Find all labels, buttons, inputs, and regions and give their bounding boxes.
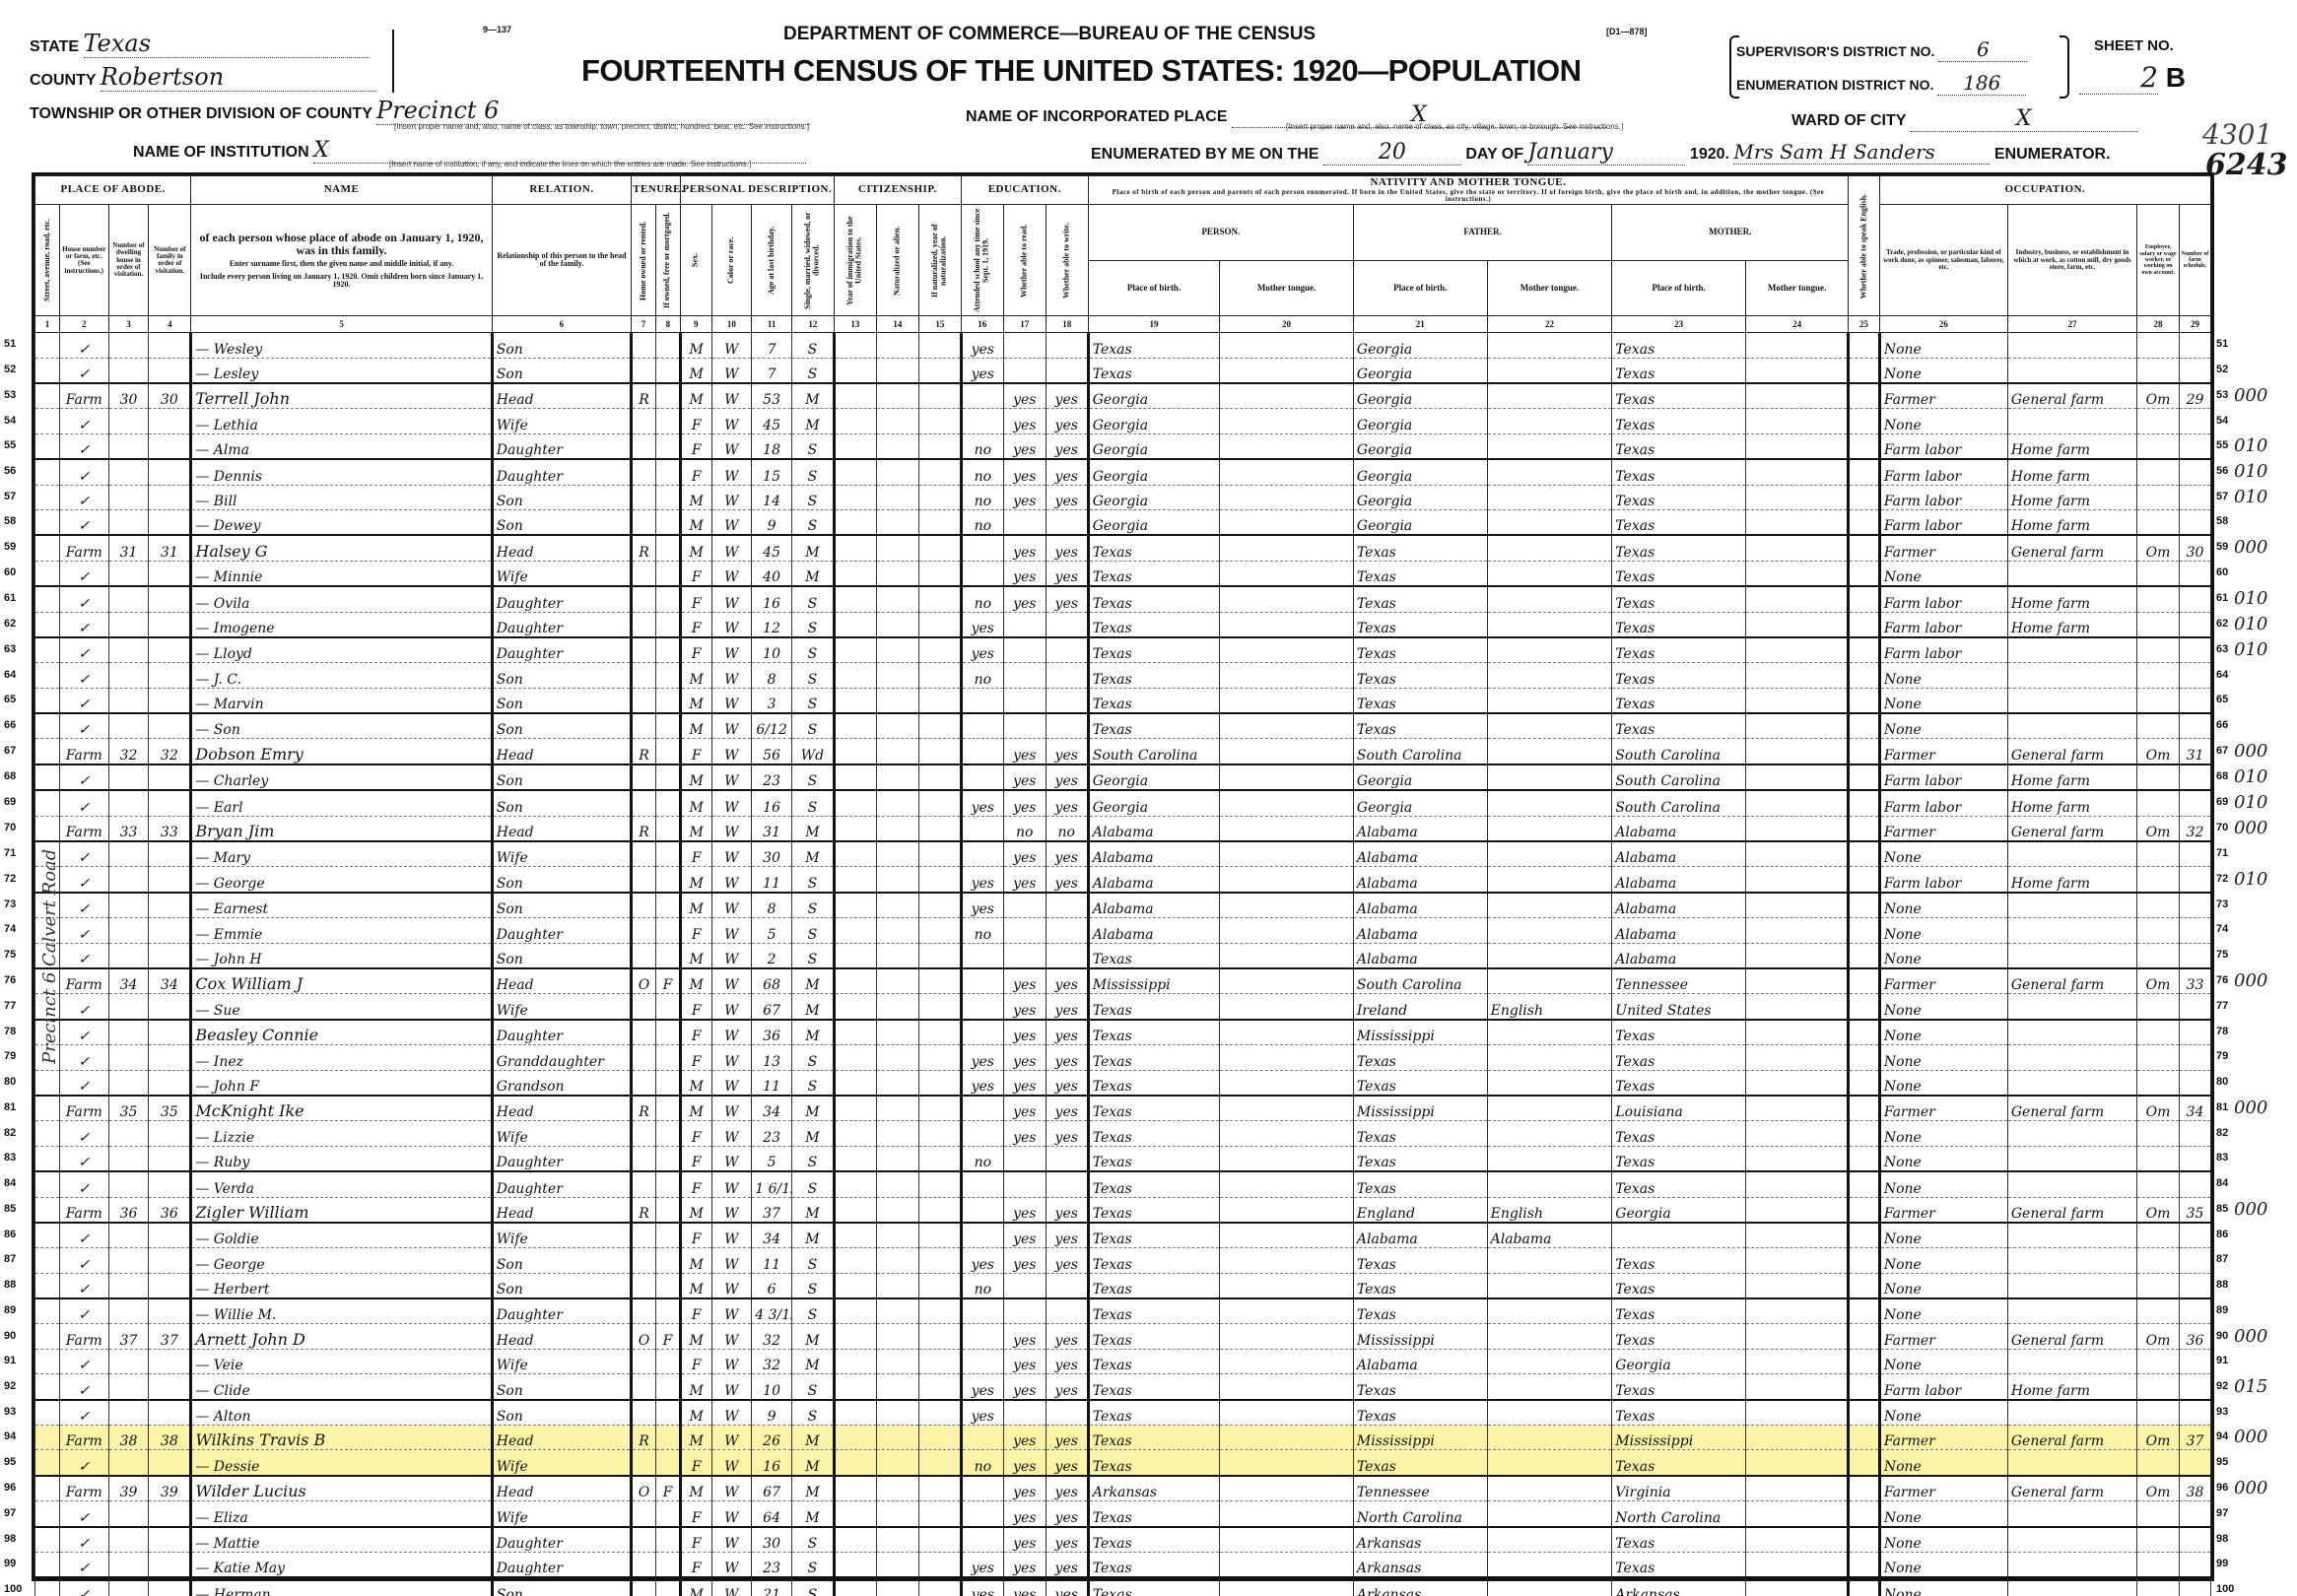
cell-mother-mtongue	[1746, 1426, 1849, 1450]
cell-birthplace: Georgia	[1088, 765, 1219, 790]
cell-father-tongue	[1487, 893, 1612, 918]
cell-sex: M	[680, 1374, 711, 1400]
cell-naturalized	[876, 383, 918, 409]
cell-mother-tongue	[1220, 1045, 1354, 1070]
cell-employer	[2137, 1070, 2180, 1096]
cell-industry	[2007, 663, 2136, 688]
cell-school	[961, 1298, 1003, 1324]
cell-mother-mtongue	[1746, 663, 1849, 688]
cell-naturalized	[876, 1374, 918, 1400]
line-number: 58	[4, 515, 16, 527]
cell-owned	[632, 1045, 656, 1070]
cell-father-tongue	[1487, 1501, 1612, 1527]
cell-mother-mtongue	[1746, 509, 1849, 535]
cell-family	[149, 1045, 191, 1070]
cell-name: — Minnie	[191, 561, 492, 586]
cell-relation: Son	[492, 893, 631, 918]
name-note-2: Include every person living on January 1…	[192, 273, 490, 290]
cell-school: no	[961, 663, 1003, 688]
cell-mother-birthplace: Texas	[1612, 1298, 1746, 1324]
cell-mother-birthplace: Texas	[1612, 1146, 1746, 1171]
occupation-code: 010	[2234, 588, 2267, 609]
cell-birthplace: Texas	[1088, 612, 1219, 637]
cell-dwelling	[108, 1146, 149, 1171]
cell-race: W	[711, 485, 752, 509]
occupation-code: 000	[2234, 1478, 2267, 1498]
cell-mother-mtongue	[1746, 383, 1849, 409]
cell-naturalized	[876, 1171, 918, 1197]
cell-industry	[2007, 1121, 2136, 1146]
cell-age: 8	[752, 893, 792, 918]
cell-mother-mtongue	[1746, 333, 1849, 358]
column-number-7: 7	[632, 316, 656, 333]
cell-industry: General farm	[2007, 1197, 2136, 1223]
cell-immigration	[834, 1527, 876, 1553]
line-number: 89	[2216, 1304, 2228, 1316]
cell-marital: M	[791, 1020, 834, 1045]
cell-speak-english	[1849, 867, 1880, 893]
cell-owned: R	[632, 1197, 656, 1223]
table-row: ✓— EarnestSonMW8SyesAlabamaAlabamaAlabam…	[35, 893, 2211, 918]
cell-immigration	[834, 1426, 876, 1450]
cell-mortgaged	[655, 1070, 680, 1096]
cell-street	[35, 485, 60, 509]
cell-naturalized-year	[918, 994, 961, 1020]
cell-relation: Son	[492, 333, 631, 358]
cell-mother-mtongue	[1746, 433, 1849, 459]
table-row: ✓— Katie MayDaughterFW23SyesyesyesTexasA…	[35, 1552, 2211, 1577]
line-number: 72	[2216, 873, 2228, 885]
cell-farm-schedule	[2180, 713, 2211, 739]
cell-write	[1046, 1146, 1088, 1171]
cell-read	[1003, 1171, 1046, 1197]
cell-school	[961, 1527, 1003, 1553]
line-number: 81	[2216, 1101, 2228, 1113]
line-number: 92	[4, 1380, 16, 1392]
cell-name: — Charley	[191, 765, 492, 790]
line-number: 53	[2216, 389, 2228, 401]
cell-immigration	[834, 358, 876, 383]
cell-sex: F	[680, 1045, 711, 1070]
cell-street	[35, 1197, 60, 1223]
cell-mother-tongue	[1220, 561, 1354, 586]
cell-read: yes	[1003, 1020, 1046, 1045]
mother-header: MOTHER.	[1612, 205, 1849, 261]
incorporated-label: NAME OF INCORPORATED PLACE	[966, 108, 1227, 125]
cell-sex: M	[680, 867, 711, 893]
cell-mother-mtongue	[1746, 358, 1849, 383]
cell-mother-tongue	[1220, 968, 1354, 994]
cell-relation: Son	[492, 509, 631, 535]
cell-mother-tongue	[1220, 943, 1354, 968]
cell-owned: R	[632, 383, 656, 409]
cell-mother-tongue	[1220, 433, 1354, 459]
cell-write	[1046, 637, 1088, 663]
cell-immigration	[834, 433, 876, 459]
cell-employer	[2137, 867, 2180, 893]
incorporated-note: [Insert proper name and, also, name of c…	[1286, 122, 1623, 131]
name-title: of each person whose place of abode on J…	[192, 232, 490, 256]
cell-employer	[2137, 790, 2180, 816]
cell-mortgaged	[655, 358, 680, 383]
cell-immigration	[834, 943, 876, 968]
cell-immigration	[834, 918, 876, 943]
cell-mother-tongue	[1220, 713, 1354, 739]
table-row: ✓— SueWifeFW67MyesyesTexasIrelandEnglish…	[35, 994, 2211, 1020]
enumerator-label: ENUMERATOR.	[1994, 146, 2111, 163]
cell-trade: None	[1879, 1248, 2007, 1273]
cell-age: 15	[752, 459, 792, 485]
cell-trade: Farmer	[1879, 1197, 2007, 1223]
cell-house: ✓	[59, 1020, 108, 1045]
line-number: 75	[2216, 949, 2228, 961]
cell-father-tongue	[1487, 816, 1612, 841]
cell-father-tongue	[1487, 1400, 1612, 1426]
cell-dwelling: 38	[108, 1426, 149, 1450]
cell-house: ✓	[59, 459, 108, 485]
cell-farm-schedule	[2180, 1121, 2211, 1146]
cell-naturalized-year	[918, 509, 961, 535]
table-row: ✓— John HSonMW2STexasAlabamaAlabamaNone	[35, 943, 2211, 968]
cell-mother-tongue	[1220, 358, 1354, 383]
cell-dwelling	[108, 459, 149, 485]
cell-farm-schedule	[2180, 409, 2211, 433]
cell-speak-english	[1849, 535, 1880, 561]
cell-age: 16	[752, 1450, 792, 1476]
cell-naturalized	[876, 1273, 918, 1298]
cell-naturalized-year	[918, 1096, 961, 1121]
cell-birthplace: Texas	[1088, 1349, 1219, 1373]
cell-race: W	[711, 1045, 752, 1070]
column-number-28: 28	[2137, 316, 2180, 333]
cell-mother-tongue	[1220, 1426, 1354, 1450]
cell-mother-birthplace: Texas	[1612, 663, 1746, 688]
cell-family	[149, 1171, 191, 1197]
cell-owned	[632, 358, 656, 383]
line-number: 98	[4, 1533, 16, 1545]
table-row: ✓— EarlSonMW16SyesyesyesGeorgiaGeorgiaSo…	[35, 790, 2211, 816]
cell-street	[35, 1501, 60, 1527]
cell-dwelling	[108, 485, 149, 509]
cell-employer: Om	[2137, 1324, 2180, 1349]
township-field: TOWNSHIP OR OTHER DIVISION OF COUNTY Pre…	[30, 97, 810, 125]
cell-marital: S	[791, 1527, 834, 1553]
cell-father-birthplace: South Carolina	[1353, 968, 1487, 994]
cell-mother-mtongue	[1746, 867, 1849, 893]
cell-mother-mtongue	[1746, 459, 1849, 485]
cell-mother-mtongue	[1746, 994, 1849, 1020]
cell-name: — John F	[191, 1070, 492, 1096]
cell-relation: Head	[492, 1426, 631, 1450]
col-19-header: Place of birth.	[1088, 260, 1219, 316]
column-number-23: 23	[1612, 316, 1746, 333]
cell-name: — John H	[191, 943, 492, 968]
line-number: 67	[4, 745, 16, 757]
cell-mother-birthplace: Texas	[1612, 1450, 1746, 1476]
cell-sex: F	[680, 586, 711, 612]
cell-sex: F	[680, 1020, 711, 1045]
cell-employer: Om	[2137, 816, 2180, 841]
cell-industry	[2007, 918, 2136, 943]
cell-school	[961, 1121, 1003, 1146]
cell-immigration	[834, 1146, 876, 1171]
cell-father-birthplace: Texas	[1353, 561, 1487, 586]
cell-mother-mtongue	[1746, 1121, 1849, 1146]
cell-age: 6	[752, 1273, 792, 1298]
cell-name: — Goldie	[191, 1223, 492, 1248]
county-value: Robertson	[101, 63, 376, 92]
cell-write: yes	[1046, 1223, 1088, 1248]
cell-naturalized-year	[918, 893, 961, 918]
cell-name: — Veie	[191, 1349, 492, 1373]
cell-house: ✓	[59, 1273, 108, 1298]
cell-speak-english	[1849, 765, 1880, 790]
cell-dwelling	[108, 1349, 149, 1373]
cell-birthplace: Alabama	[1088, 918, 1219, 943]
cell-street	[35, 1273, 60, 1298]
cell-industry: Home farm	[2007, 612, 2136, 637]
cell-mother-tongue	[1220, 1146, 1354, 1171]
cell-trade: None	[1879, 333, 2007, 358]
cell-employer	[2137, 1527, 2180, 1553]
column-number-17: 17	[1003, 316, 1046, 333]
cell-marital: M	[791, 994, 834, 1020]
cell-mother-birthplace: United States	[1612, 994, 1746, 1020]
cell-mother-tongue	[1220, 663, 1354, 688]
col-28-header: Employer, salary or wage worker, or work…	[2137, 205, 2180, 316]
cell-mother-birthplace: Mississippi	[1612, 1426, 1746, 1450]
col-11-header: Age at last birthday.	[752, 205, 792, 316]
cell-father-tongue	[1487, 1045, 1612, 1070]
cell-father-tongue	[1487, 1171, 1612, 1197]
line-number: 82	[2216, 1127, 2228, 1139]
line-number: 83	[4, 1152, 16, 1164]
cell-trade: None	[1879, 409, 2007, 433]
cell-speak-english	[1849, 637, 1880, 663]
cell-immigration	[834, 612, 876, 637]
cell-owned	[632, 893, 656, 918]
cell-house: Farm	[59, 1476, 108, 1501]
cell-trade: Farmer	[1879, 816, 2007, 841]
cell-mother-birthplace: Texas	[1612, 1020, 1746, 1045]
cell-age: 32	[752, 1324, 792, 1349]
line-number: 83	[2216, 1152, 2228, 1164]
cell-naturalized	[876, 637, 918, 663]
column-number-14: 14	[876, 316, 918, 333]
cell-write: yes	[1046, 1374, 1088, 1400]
cell-farm-schedule	[2180, 867, 2211, 893]
cell-industry: Home farm	[2007, 459, 2136, 485]
cell-name: — Verda	[191, 1171, 492, 1197]
cell-marital: S	[791, 1171, 834, 1197]
cell-race: W	[711, 994, 752, 1020]
cell-father-birthplace: Texas	[1353, 1374, 1487, 1400]
cell-dwelling	[108, 586, 149, 612]
cell-naturalized	[876, 994, 918, 1020]
line-number: 99	[4, 1558, 16, 1569]
cell-naturalized	[876, 459, 918, 485]
cell-naturalized-year	[918, 1527, 961, 1553]
cell-family: 35	[149, 1096, 191, 1121]
cell-marital: S	[791, 790, 834, 816]
cell-industry: General farm	[2007, 739, 2136, 765]
cell-house: ✓	[59, 1298, 108, 1324]
cell-employer	[2137, 459, 2180, 485]
cell-mother-mtongue	[1746, 1248, 1849, 1273]
cell-sex: F	[680, 1121, 711, 1146]
cell-farm-schedule	[2180, 612, 2211, 637]
cell-school	[961, 383, 1003, 409]
line-number: 99	[2216, 1558, 2228, 1569]
cell-sex: M	[680, 790, 711, 816]
cell-industry: General farm	[2007, 1476, 2136, 1501]
table-row: Farm3939Wilder LuciusHeadOFMW67MyesyesAr…	[35, 1476, 2211, 1501]
line-number: 85	[2216, 1203, 2228, 1215]
cell-race: W	[711, 1248, 752, 1273]
cell-father-birthplace: Alabama	[1353, 867, 1487, 893]
cell-school: no	[961, 459, 1003, 485]
cell-age: 9	[752, 1400, 792, 1426]
cell-immigration	[834, 739, 876, 765]
cell-naturalized	[876, 612, 918, 637]
cell-write: yes	[1046, 1552, 1088, 1577]
cell-farm-schedule	[2180, 1577, 2211, 1596]
cell-dwelling	[108, 1400, 149, 1426]
cell-write	[1046, 713, 1088, 739]
cell-speak-english	[1849, 1223, 1880, 1248]
cell-owned	[632, 1552, 656, 1577]
table-row: Farm3838Wilkins Travis BHeadRMW26Myesyes…	[35, 1426, 2211, 1450]
cell-employer	[2137, 1298, 2180, 1324]
cell-read: yes	[1003, 1552, 1046, 1577]
cell-employer	[2137, 1045, 2180, 1070]
cell-naturalized-year	[918, 433, 961, 459]
cell-trade: None	[1879, 688, 2007, 713]
cell-naturalized-year	[918, 1121, 961, 1146]
cell-name: — Emmie	[191, 918, 492, 943]
cell-industry	[2007, 713, 2136, 739]
cell-family	[149, 713, 191, 739]
cell-sex: F	[680, 1223, 711, 1248]
cell-mother-mtongue	[1746, 1501, 1849, 1527]
cell-relation: Daughter	[492, 1171, 631, 1197]
cell-house: Farm	[59, 383, 108, 409]
cell-naturalized	[876, 893, 918, 918]
cell-farm-schedule	[2180, 459, 2211, 485]
cell-sex: F	[680, 1552, 711, 1577]
cell-father-tongue	[1487, 1577, 1612, 1596]
column-number-2: 2	[59, 316, 108, 333]
cell-speak-english	[1849, 409, 1880, 433]
cell-mother-mtongue	[1746, 1324, 1849, 1349]
cell-naturalized-year	[918, 1374, 961, 1400]
cell-mortgaged	[655, 1197, 680, 1223]
cell-street	[35, 1552, 60, 1577]
cell-immigration	[834, 765, 876, 790]
cell-father-birthplace: Georgia	[1353, 358, 1487, 383]
cell-owned	[632, 1450, 656, 1476]
cell-mother-tongue	[1220, 1450, 1354, 1476]
cell-owned	[632, 918, 656, 943]
col-1-header: Street, avenue, road, etc.	[35, 205, 60, 316]
cell-mother-birthplace: South Carolina	[1612, 765, 1746, 790]
cell-mother-birthplace: Texas	[1612, 383, 1746, 409]
cell-employer	[2137, 1020, 2180, 1045]
cell-name: — Alma	[191, 433, 492, 459]
occupation-code: 010	[2234, 792, 2267, 813]
cell-employer: Om	[2137, 535, 2180, 561]
line-number: 63	[2216, 643, 2228, 655]
cell-speak-english	[1849, 1527, 1880, 1553]
cell-name: McKnight Ike	[191, 1096, 492, 1121]
group-name: NAME	[191, 176, 492, 205]
cell-sex: F	[680, 409, 711, 433]
table-row: ✓— ImogeneDaughterFW12SyesTexasTexasTexa…	[35, 612, 2211, 637]
cell-father-birthplace: Mississippi	[1353, 1426, 1487, 1450]
cell-immigration	[834, 586, 876, 612]
column-number-13: 13	[834, 316, 876, 333]
line-number: 74	[4, 923, 16, 935]
cell-father-tongue	[1487, 1349, 1612, 1373]
cell-read: yes	[1003, 1070, 1046, 1096]
cell-age: 18	[752, 433, 792, 459]
cell-age: 13	[752, 1045, 792, 1070]
group-relation: RELATION.	[492, 176, 631, 205]
cell-mother-tongue	[1220, 1501, 1354, 1527]
cell-sex: F	[680, 459, 711, 485]
cell-naturalized-year	[918, 1020, 961, 1045]
cell-marital: M	[791, 1197, 834, 1223]
cell-age: 12	[752, 612, 792, 637]
cell-industry	[2007, 1070, 2136, 1096]
cell-mortgaged	[655, 739, 680, 765]
cell-birthplace: Georgia	[1088, 383, 1219, 409]
cell-mother-birthplace: South Carolina	[1612, 790, 1746, 816]
cell-family	[149, 1374, 191, 1400]
cell-owned	[632, 688, 656, 713]
cell-write: yes	[1046, 994, 1088, 1020]
cell-industry: General farm	[2007, 1324, 2136, 1349]
col-20-header: Mother tongue.	[1220, 260, 1354, 316]
cell-father-tongue	[1487, 535, 1612, 561]
cell-mortgaged: F	[655, 968, 680, 994]
cell-mother-birthplace: Texas	[1612, 1045, 1746, 1070]
table-row: ✓— GeorgeSonMW11SyesyesyesTexasTexasTexa…	[35, 1248, 2211, 1273]
cell-father-tongue: English	[1487, 1197, 1612, 1223]
cell-family	[149, 1527, 191, 1553]
cell-name: — Sue	[191, 994, 492, 1020]
line-number: 79	[4, 1050, 16, 1062]
cell-father-birthplace: Texas	[1353, 1045, 1487, 1070]
cell-relation: Son	[492, 1400, 631, 1426]
cell-street	[35, 1070, 60, 1096]
cell-mother-tongue	[1220, 1020, 1354, 1045]
cell-birthplace: Texas	[1088, 1273, 1219, 1298]
cell-naturalized	[876, 409, 918, 433]
cell-father-tongue	[1487, 1070, 1612, 1096]
cell-speak-english	[1849, 1045, 1880, 1070]
cell-read	[1003, 663, 1046, 688]
cell-trade: Farm labor	[1879, 485, 2007, 509]
cell-mother-tongue	[1220, 459, 1354, 485]
col-24-header: Mother tongue.	[1746, 260, 1849, 316]
cell-dwelling	[108, 1171, 149, 1197]
cell-name: — Lesley	[191, 358, 492, 383]
cell-age: 53	[752, 383, 792, 409]
cell-marital: S	[791, 663, 834, 688]
cell-naturalized	[876, 1223, 918, 1248]
cell-owned	[632, 561, 656, 586]
